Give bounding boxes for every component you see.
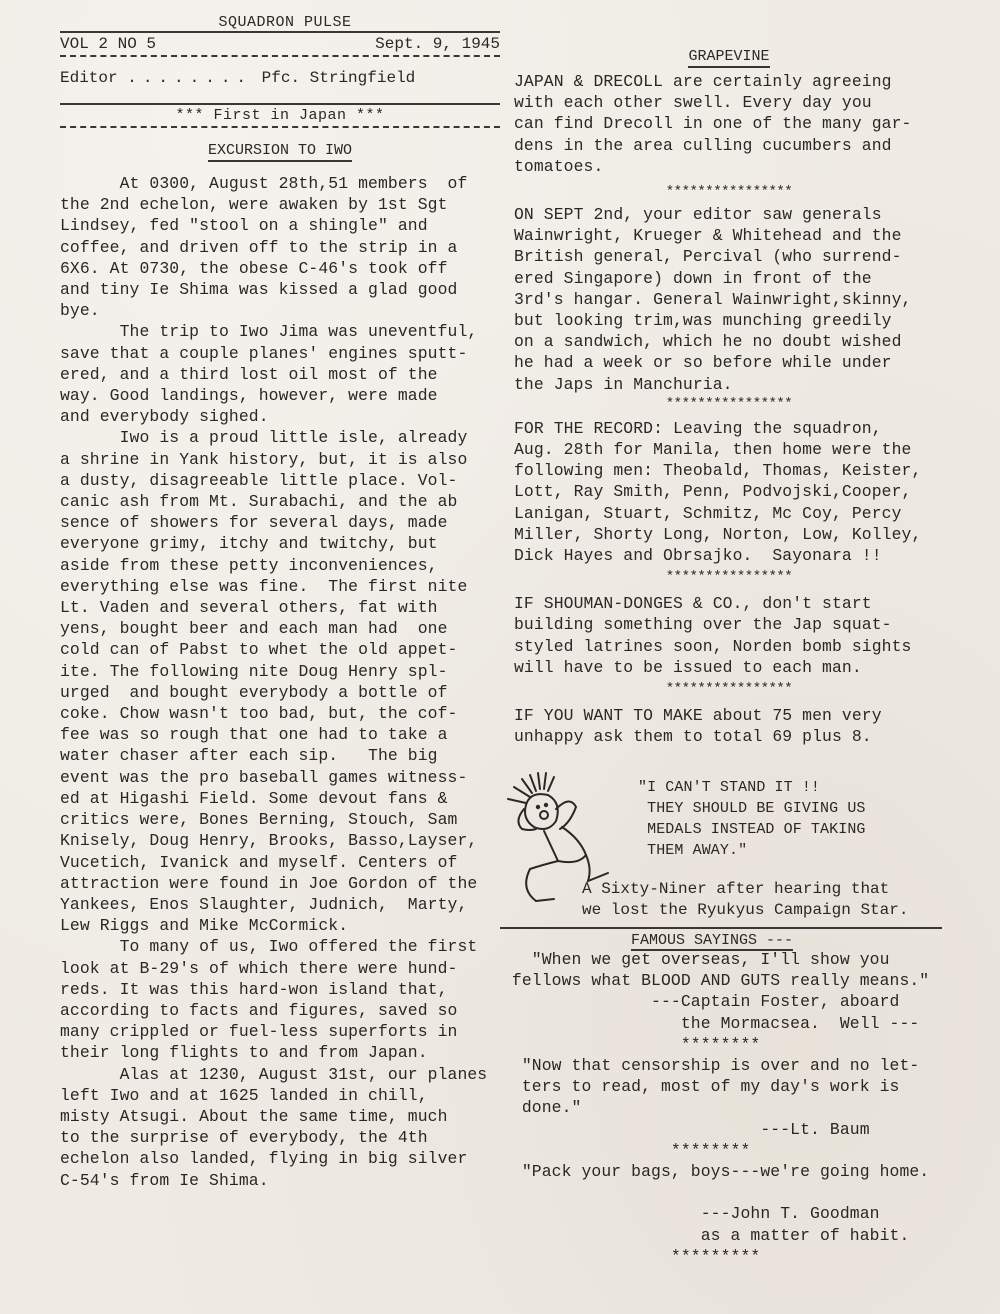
star-separator: **************** — [514, 183, 944, 202]
saying-line — [502, 1182, 952, 1203]
grapevine-line: following men: Theobald, Thomas, Keister… — [514, 460, 944, 481]
saying-line: ---Lt. Baum — [502, 1119, 952, 1140]
quote-line: THEY SHOULD BE GIVING US — [638, 798, 866, 819]
article-line: event was the pro baseball games witness… — [60, 767, 500, 788]
grapevine-line: FOR THE RECORD: Leaving the squadron, — [514, 418, 944, 439]
saying-line: ******** — [502, 1034, 952, 1055]
saying-line: "Pack your bags, boys---we're going home… — [502, 1161, 952, 1182]
article-line: To many of us, Iwo offered the first — [60, 936, 500, 957]
star-separator: **************** — [514, 680, 944, 699]
grapevine-item: FOR THE RECORD: Leaving the squadron,Aug… — [514, 418, 944, 566]
caption-line: we lost the Ryukyus Campaign Star. — [582, 900, 908, 921]
article-line: left Iwo and at 1625 landed in chill, — [60, 1085, 500, 1106]
article-line: coke. Chow wasn't too bad, but, the cof- — [60, 703, 500, 724]
grapevine-title-text: GRAPEVINE — [688, 48, 769, 68]
grapevine-line: but looking trim,was munching greedily — [514, 310, 944, 331]
star-separator: **************** — [514, 395, 944, 414]
grapevine-line: can find Drecoll in one of the many gar- — [514, 113, 944, 134]
grapevine-line: styled latrines soon, Norden bomb sights — [514, 636, 944, 657]
grapevine-line: Aug. 28th for Manila, then home were the — [514, 439, 944, 460]
grapevine-line: Dick Hayes and Obrsajko. Sayonara !! — [514, 545, 944, 566]
saying-line: ******** — [502, 1140, 952, 1161]
grapevine-line: ered Singapore) down in front of the — [514, 268, 944, 289]
grapevine-line: building something over the Jap squat- — [514, 614, 944, 635]
grapevine-line: JAPAN & DRECOLL are certainly agreeing — [514, 71, 944, 92]
saying-line: "When we get overseas, I'll show you — [502, 949, 952, 970]
left-column: SQUADRON PULSE VOL 2 NO 5 Sept. 9, 1945 … — [60, 14, 500, 1191]
article-line: everyone grimy, itchy and twitchy, but — [60, 533, 500, 554]
article-line: bye. — [60, 300, 500, 321]
article-line: fee was so rough that one had to take a — [60, 724, 500, 745]
grapevine-line: on a sandwich, which he no doubt wished — [514, 331, 944, 352]
article-line: urged and bought everybody a bottle of — [60, 682, 500, 703]
article-line: Yankees, Enos Slaughter, Judnich, Marty, — [60, 894, 500, 915]
editor-line: Editor ........ Pfc. Stringfield — [60, 69, 500, 87]
saying-line: ********* — [502, 1246, 952, 1267]
quote-line: MEDALS INSTEAD OF TAKING — [638, 819, 866, 840]
grapevine-line: will have to be issued to each man. — [514, 657, 944, 678]
article-line: canic ash from Mt. Surabachi, and the ab — [60, 491, 500, 512]
article-line: echelon also landed, flying in big silve… — [60, 1148, 500, 1169]
article-line: Lt. Vaden and several others, fat with — [60, 597, 500, 618]
section-divider — [500, 927, 942, 929]
editor-name: Pfc. Stringfield — [262, 69, 416, 87]
quote-line: THEM AWAY." — [638, 840, 866, 861]
article-line: yens, bought beer and each man had one — [60, 618, 500, 639]
article-line: Alas at 1230, August 31st, our planes — [60, 1064, 500, 1085]
article-line: 6X6. At 0730, the obese C-46's took off — [60, 258, 500, 279]
grapevine-item: IF YOU WANT TO MAKE about 75 men veryunh… — [514, 705, 944, 747]
saying-line: "Now that censorship is over and no let- — [502, 1055, 952, 1076]
article-line: misty Atsugi. About the same time, much — [60, 1106, 500, 1127]
grapevine-line: Wainwright, Krueger & Whitehead and the — [514, 225, 944, 246]
saying-line: ---John T. Goodman — [502, 1203, 952, 1224]
grapevine-line: with each other swell. Every day you — [514, 92, 944, 113]
article-line: look at B-29's of which there were hund- — [60, 958, 500, 979]
saying-line: as a matter of habit. — [502, 1225, 952, 1246]
article-line: many crippled or fuel-less superforts in — [60, 1021, 500, 1042]
article-line: Iwo is a proud little isle, already — [60, 427, 500, 448]
grapevine-line: tomatoes. — [514, 156, 944, 177]
newsletter-title: SQUADRON PULSE — [70, 14, 500, 31]
article-line: to the surprise of everybody, the 4th — [60, 1127, 500, 1148]
excursion-title-text: EXCURSION TO IWO — [208, 142, 352, 162]
article-line: Knisely, Doug Henry, Brooks, Basso,Layse… — [60, 830, 500, 851]
editor-dots: ........ — [127, 69, 252, 87]
article-line: The trip to Iwo Jima was uneventful, — [60, 321, 500, 342]
motto: *** First in Japan *** — [60, 105, 500, 126]
famous-sayings-title: FAMOUS SAYINGS --- — [472, 932, 952, 949]
cartoon-quote: "I CAN'T STAND IT !! THEY SHOULD BE GIVI… — [638, 777, 866, 861]
article-line: sence of showers for several days, made — [60, 512, 500, 533]
cartoon-caption: A Sixty-Niner after hearing that we lost… — [582, 879, 908, 921]
article-line: save that a couple planes' engines sputt… — [60, 343, 500, 364]
volume-line: VOL 2 NO 5 Sept. 9, 1945 — [60, 33, 500, 55]
article-line: water chaser after each sip. The big — [60, 745, 500, 766]
grapevine-line: Lanigan, Stuart, Schmitz, Mc Coy, Percy — [514, 503, 944, 524]
grapevine-item: IF SHOUMAN-DONGES & CO., don't startbuil… — [514, 593, 944, 678]
article-line: according to facts and figures, saved so — [60, 1000, 500, 1021]
caption-line: A Sixty-Niner after hearing that — [582, 879, 908, 900]
right-column: GRAPEVINE JAPAN & DRECOLL are certainly … — [514, 48, 944, 919]
saying-line: the Mormacsea. Well --- — [502, 1013, 952, 1034]
article-line: everything else was fine. The first nite — [60, 576, 500, 597]
grapevine-line: IF YOU WANT TO MAKE about 75 men very — [514, 705, 944, 726]
saying-line: fellows what BLOOD AND GUTS really means… — [502, 970, 952, 991]
grapevine-line: ON SEPT 2nd, your editor saw generals — [514, 204, 944, 225]
grapevine-line: British general, Percival (who surrend- — [514, 246, 944, 267]
article-line: and everybody sighed. — [60, 406, 500, 427]
article-line: reds. It was this hard-won island that, — [60, 979, 500, 1000]
article-line: aside from these petty inconveniences, — [60, 555, 500, 576]
saying-line: done." — [502, 1097, 952, 1118]
grapevine-line: Lott, Ray Smith, Penn, Podvojski,Cooper, — [514, 481, 944, 502]
famous-sayings-section: FAMOUS SAYINGS --- "When we get overseas… — [502, 932, 952, 1267]
excursion-article-body: At 0300, August 28th,51 members ofthe 2n… — [60, 173, 500, 1191]
grapevine-item: ON SEPT 2nd, your editor saw generalsWai… — [514, 204, 944, 395]
grapevine-line: the Japs in Manchuria. — [514, 374, 944, 395]
quote-line: "I CAN'T STAND IT !! — [638, 777, 866, 798]
article-line: the 2nd echelon, were awaken by 1st Sgt — [60, 194, 500, 215]
article-line: C-54's from Ie Shima. — [60, 1170, 500, 1191]
grapevine-line: dens in the area culling cucumbers and — [514, 135, 944, 156]
grapevine-title: GRAPEVINE — [514, 48, 944, 65]
article-line: ered, and a third lost oil most of the — [60, 364, 500, 385]
grapevine-line: Miller, Shorty Long, Norton, Low, Kolley… — [514, 524, 944, 545]
saying-line: ters to read, most of my day's work is — [502, 1076, 952, 1097]
issue-date: Sept. 9, 1945 — [375, 35, 500, 53]
article-line: attraction were found in Joe Gordon of t… — [60, 873, 500, 894]
article-line: coffee, and driven off to the strip in a — [60, 237, 500, 258]
article-line: Vucetich, Ivanick and myself. Centers of — [60, 852, 500, 873]
famous-sayings-body: "When we get overseas, I'll show you fel… — [502, 949, 952, 1267]
star-separator: **************** — [514, 568, 944, 587]
article-line: a dusty, disagreeable little place. Vol- — [60, 470, 500, 491]
article-line: and tiny Ie Shima was kissed a glad good — [60, 279, 500, 300]
article-line: cold can of Pabst to whet the old appet- — [60, 639, 500, 660]
grapevine-line: he had a week or so before while under — [514, 352, 944, 373]
article-line: ite. The following nite Doug Henry spl- — [60, 661, 500, 682]
motto-rule-bottom — [60, 126, 500, 128]
grapevine-line: unhappy ask them to total 69 plus 8. — [514, 726, 944, 747]
grapevine-line: IF SHOUMAN-DONGES & CO., don't start — [514, 593, 944, 614]
grapevine-line: 3rd's hangar. General Wainwright,skinny, — [514, 289, 944, 310]
saying-line: ---Captain Foster, aboard — [502, 991, 952, 1012]
article-line: At 0300, August 28th,51 members of — [60, 173, 500, 194]
article-line: their long flights to and from Japan. — [60, 1042, 500, 1063]
article-line: critics were, Bones Berning, Stouch, Sam — [60, 809, 500, 830]
editor-label: Editor — [60, 69, 118, 87]
article-line: Lew Riggs and Mike McCormick. — [60, 915, 500, 936]
volume-number: VOL 2 NO 5 — [60, 35, 156, 53]
article-line: ed at Higashi Field. Some devout fans & — [60, 788, 500, 809]
excursion-title: EXCURSION TO IWO — [60, 142, 500, 159]
cartoon-block: "I CAN'T STAND IT !! THEY SHOULD BE GIVI… — [514, 769, 944, 919]
grapevine-body: JAPAN & DRECOLL are certainly agreeingwi… — [514, 71, 944, 747]
grapevine-item: JAPAN & DRECOLL are certainly agreeingwi… — [514, 71, 944, 177]
article-line: Lindsey, fed "stool on a shingle" and — [60, 215, 500, 236]
article-line: a shrine in Yank history, but, it is als… — [60, 449, 500, 470]
article-line: way. Good landings, however, were made — [60, 385, 500, 406]
masthead-rule-bottom — [60, 55, 500, 57]
